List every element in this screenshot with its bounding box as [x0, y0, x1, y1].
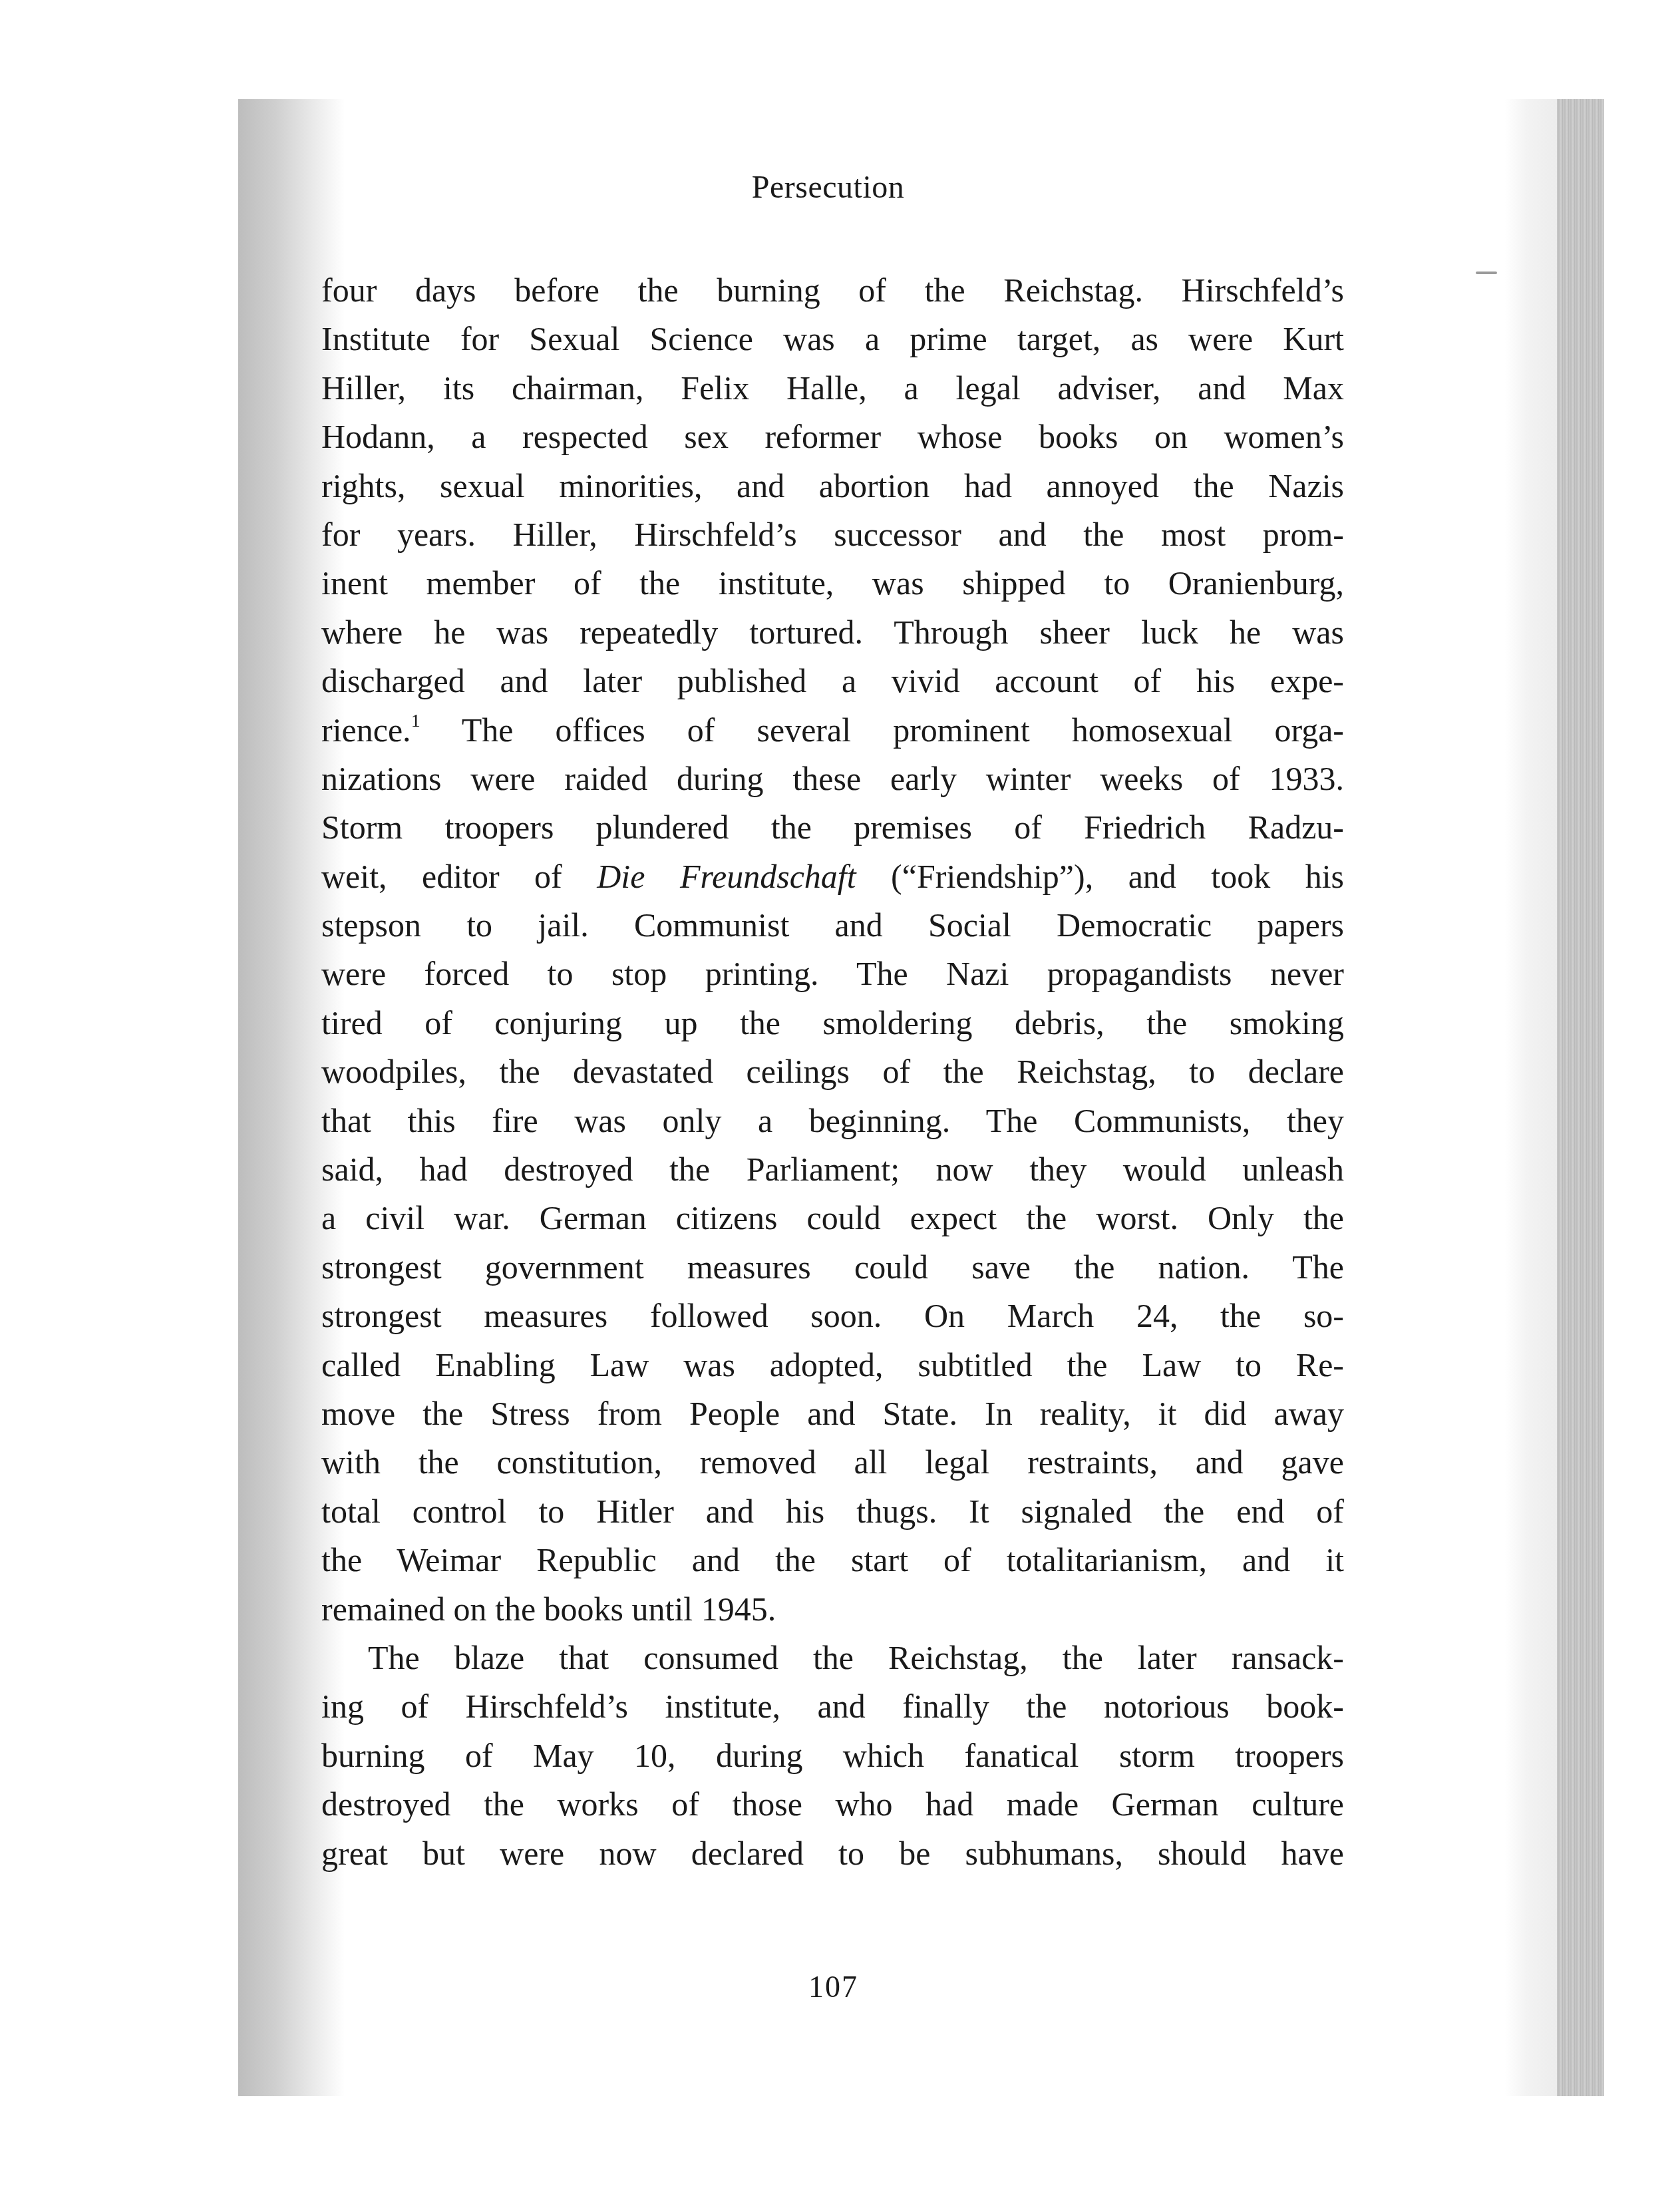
text-line: stepson to jail. Communist and Social De… [321, 901, 1344, 950]
paragraph-1: four days before the burning of the Reic… [321, 266, 1344, 1634]
text-line: Hodann, a respected sex reformer whose b… [321, 413, 1344, 461]
page-edge-shadow-right [1557, 99, 1604, 2096]
text-line: the Weimar Republic and the start of tot… [321, 1536, 1344, 1584]
text-line: move the Stress from People and State. I… [321, 1389, 1344, 1438]
page-number: 107 [0, 1968, 1680, 2006]
text-line: for years. Hiller, Hirschfeld’s successo… [321, 510, 1344, 559]
text-line: strongest government measures could save… [321, 1243, 1344, 1292]
paragraph-2: The blaze that consumed the Reichstag, t… [321, 1634, 1344, 1878]
text-line-italic: weit, editor of Die Freundschaft (“Frien… [321, 852, 1344, 901]
text-line-last: remained on the books until 1945. [321, 1585, 1344, 1634]
text-line: ing of Hirschfeld’s institute, and final… [321, 1682, 1344, 1731]
margin-mark [1476, 272, 1497, 274]
running-head-text: Persecution [752, 170, 904, 205]
text-line: discharged and later published a vivid a… [321, 657, 1344, 705]
footnote-marker: 1 [411, 711, 420, 731]
text-line: Institute for Sexual Science was a prime… [321, 315, 1344, 363]
running-head: Persecution [0, 168, 1680, 208]
text-line: rights, sexual minorities, and abortion … [321, 462, 1344, 510]
text-line: woodpiles, the devastated ceilings of th… [321, 1047, 1344, 1096]
text-line: that this fire was only a beginning. The… [321, 1097, 1344, 1145]
text-line: a civil war. German citizens could expec… [321, 1194, 1344, 1242]
text-line: total control to Hitler and his thugs. I… [321, 1487, 1344, 1536]
text-line: four days before the burning of the Reic… [321, 266, 1344, 315]
italic-title: Die Freundschaft [597, 858, 856, 895]
text-line: with the constitution, removed all legal… [321, 1438, 1344, 1487]
text-line-indented: The blaze that consumed the Reichstag, t… [321, 1634, 1344, 1682]
text-line: where he was repeatedly tortured. Throug… [321, 608, 1344, 657]
text-line: inent member of the institute, was shipp… [321, 559, 1344, 608]
text-line: were forced to stop printing. The Nazi p… [321, 950, 1344, 998]
text-line: burning of May 10, during which fanatica… [321, 1732, 1344, 1780]
text-line: destroyed the works of those who had mad… [321, 1780, 1344, 1829]
text-line: called Enabling Law was adopted, subtitl… [321, 1341, 1344, 1389]
text-line: tired of conjuring up the smoldering deb… [321, 999, 1344, 1047]
text-line: Storm troopers plundered the premises of… [321, 803, 1344, 852]
text-line: great but were now declared to be subhum… [321, 1829, 1344, 1878]
page-number-text: 107 [808, 1970, 858, 2004]
page-edge-light [1505, 99, 1558, 2096]
body-text: four days before the burning of the Reic… [321, 266, 1344, 1878]
text-line: Hiller, its chairman, Felix Halle, a leg… [321, 364, 1344, 413]
text-line: said, had destroyed the Parliament; now … [321, 1145, 1344, 1194]
text-line-footnote: rience.1 The offices of several prominen… [321, 706, 1344, 755]
text-line: strongest measures followed soon. On Mar… [321, 1292, 1344, 1340]
text-line: nizations were raided during these early… [321, 755, 1344, 803]
